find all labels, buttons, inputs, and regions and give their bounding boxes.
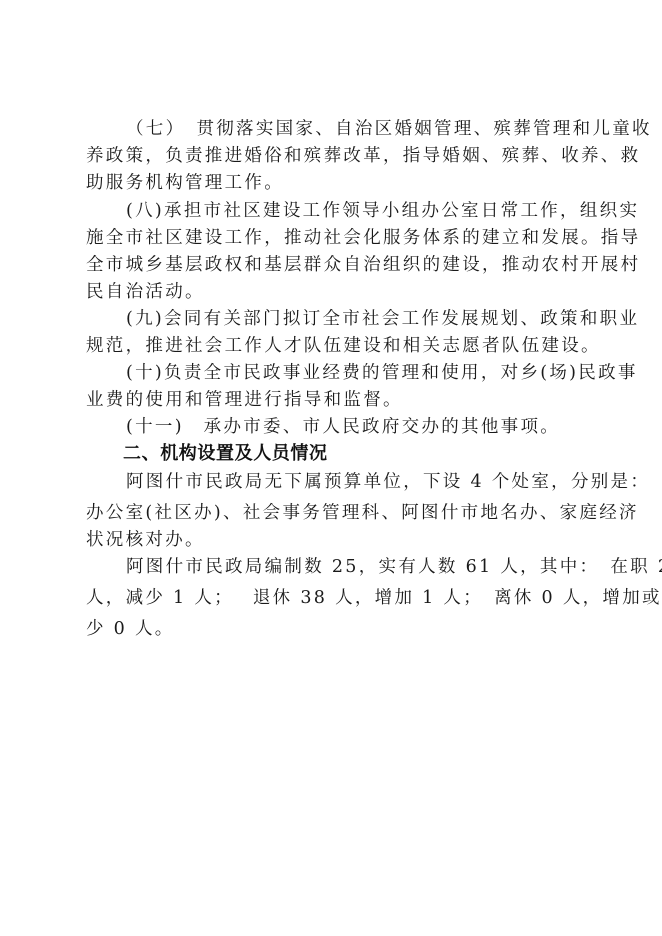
item-8-line-1: (八)承担市社区建设工作领导小组办公室日常工作，组织实 (126, 200, 582, 222)
item-7-line-1: （七） 贯彻落实国家、自治区婚姻管理、殡葬管理和儿童收 (126, 118, 582, 140)
item-7-line-2: 养政策，负责推进婚俗和殡葬改革，指导婚姻、殡葬、收养、救 (86, 145, 582, 167)
staff-paragraph-line-3: 少 0 人。 (86, 618, 582, 640)
staff-paragraph-line-1: 阿图什市民政局编制数 25，实有人数 61 人，其中： 在职 23 (126, 556, 582, 578)
section-heading: 二、机构设置及人员情况 (123, 443, 328, 465)
org-paragraph-line-3: 状况核对办。 (86, 529, 582, 551)
item-7-line-3: 助服务机构管理工作。 (86, 172, 582, 194)
org-paragraph-line-1: 阿图什市民政局无下属预算单位，下设 4 个处室，分别是： (126, 471, 582, 493)
org-paragraph-line-2: 办公室(社区办)、社会事务管理科、阿图什市地名办、家庭经济 (86, 502, 582, 524)
item-8-line-3: 全市城乡基层政权和基层群众自治组织的建设，推动农村开展村 (86, 254, 582, 276)
staff-paragraph-line-2: 人，减少 1 人； 退休 38 人，增加 1 人； 离休 0 人，增加或减 (86, 587, 582, 609)
item-11-line-1: (十一) 承办市委、市人民政府交办的其他事项。 (126, 416, 582, 438)
item-10-line-1: (十)负责全市民政事业经费的管理和使用，对乡(场)民政事 (126, 362, 582, 384)
document-page: （七） 贯彻落实国家、自治区婚姻管理、殡葬管理和儿童收 养政策，负责推进婚俗和殡… (0, 0, 662, 936)
item-8-line-4: 民自治活动。 (86, 281, 582, 303)
item-9-line-2: 规范，推进社会工作人才队伍建设和相关志愿者队伍建设。 (86, 335, 582, 357)
item-9-line-1: (九)会同有关部门拟订全市社会工作发展规划、政策和职业 (126, 308, 582, 330)
item-8-line-2: 施全市社区建设工作，推动社会化服务体系的建立和发展。指导 (86, 227, 582, 249)
item-10-line-2: 业费的使用和管理进行指导和监督。 (86, 389, 582, 411)
